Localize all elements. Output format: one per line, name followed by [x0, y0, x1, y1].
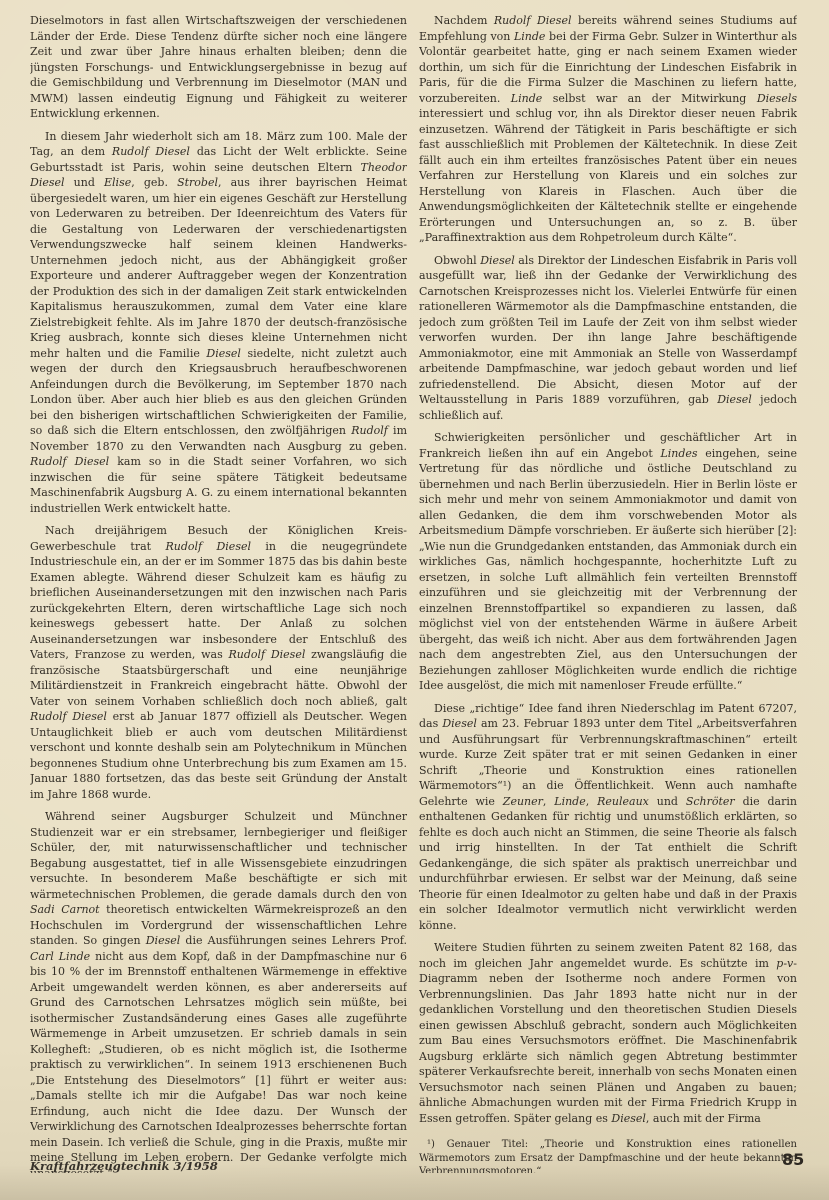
- text-run: und: [649, 795, 686, 808]
- italic-text: Diesel: [146, 934, 181, 947]
- italic-text: Sadi Carnot: [30, 903, 100, 916]
- italic-text: Diesel: [206, 347, 241, 360]
- paragraph: Während seiner Augsburger Schulzeit und …: [30, 809, 407, 1173]
- text-run: die darin enthaltenen Gedanken für richt…: [419, 795, 797, 932]
- paragraph: Obwohl Diesel als Direktor der Lindesche…: [419, 253, 797, 424]
- italic-text: Rudolf: [351, 424, 388, 437]
- text-run: und: [65, 176, 104, 189]
- italic-text: Reuleaux: [597, 795, 649, 808]
- text-run: eingehen, seine Vertretung für das nördl…: [419, 447, 797, 693]
- italic-text: Schröter: [686, 795, 735, 808]
- paragraph: Dieselmotors in fast allen Wirtschaftszw…: [30, 13, 407, 122]
- paragraph: Nachdem Rudolf Diesel bereits während se…: [419, 13, 797, 246]
- italic-text: Diesel: [611, 1112, 646, 1125]
- italic-text: Lindes: [660, 447, 697, 460]
- right-column: Nachdem Rudolf Diesel bereits während se…: [419, 13, 797, 1173]
- paragraph: Diese „richtige“ Idee fand ihren Nieders…: [419, 701, 797, 934]
- text-run: , auch mit der Firma: [646, 1112, 761, 1125]
- italic-text: Rudolf Diesel: [30, 455, 109, 468]
- text-run: ¹) Genauer Titel: „Theorie und Konstrukt…: [419, 1139, 797, 1173]
- paragraph: Nach dreijährigem Besuch der Königlichen…: [30, 523, 407, 802]
- paragraph: In diesem Jahr wiederholt sich am 18. Mä…: [30, 129, 407, 517]
- italic-text: Linde: [514, 30, 545, 43]
- footnote: ¹) Genauer Titel: „Theorie und Konstrukt…: [419, 1138, 797, 1173]
- text-run: die Ausführungen seines Lehrers Prof.: [180, 934, 407, 947]
- italic-text: Linde: [554, 795, 585, 808]
- text-run: selbst war an der Mitwirkung: [542, 92, 757, 105]
- left-column: Dieselmotors in fast allen Wirtschaftszw…: [30, 13, 407, 1173]
- italic-text: Diesels: [757, 92, 797, 105]
- paragraph: Weitere Studien führten zu seinem zweite…: [419, 940, 797, 1126]
- italic-text: Linde: [511, 92, 542, 105]
- text-run: Nachdem: [434, 14, 494, 27]
- text-run: ,: [586, 795, 597, 808]
- text-run: interessiert und schlug vor, ihn als Dir…: [419, 107, 797, 244]
- italic-text: Zeuner: [503, 795, 543, 808]
- text-run: , aus ihrer bayrischen Heimat übergesied…: [30, 176, 407, 360]
- italic-text: Diesel: [717, 393, 752, 406]
- italic-text: Diesel: [442, 717, 477, 730]
- text-run: Dieselmotors in fast allen Wirtschaftszw…: [30, 14, 407, 120]
- italic-text: Rudolf Diesel: [30, 710, 107, 723]
- text-run: -Diagramm neben der Isotherme noch ander…: [419, 957, 797, 1125]
- page-number: 85: [782, 1150, 804, 1169]
- text-run: , geb.: [131, 176, 177, 189]
- paragraph: Schwierigkeiten persönlicher und geschäf…: [419, 430, 797, 694]
- journal-footer: Kraftfahrzeugtechnik 3/1958: [30, 1159, 218, 1173]
- italic-text: Rudolf Diesel: [165, 540, 251, 553]
- page: Dieselmotors in fast allen Wirtschaftszw…: [0, 0, 829, 1200]
- italic-text: Strobel: [177, 176, 218, 189]
- text-run: Während seiner Augsburger Schulzeit und …: [30, 810, 407, 901]
- italic-text: Rudolf Diesel: [112, 145, 190, 158]
- text-run: Obwohl: [434, 254, 480, 267]
- text-run: ,: [543, 795, 554, 808]
- text-run: als Direktor der Lindeschen Eisfabrik in…: [419, 254, 797, 407]
- italic-text: Diesel: [480, 254, 515, 267]
- italic-text: p-v: [776, 957, 793, 970]
- text-run: Weitere Studien führten zu seinem zweite…: [419, 941, 797, 970]
- text-run: in die neugegründete Industrieschule ein…: [30, 540, 407, 662]
- text-run: erst ab Januar 1877 offiziell als Deutsc…: [30, 710, 407, 801]
- italic-text: Carl Linde: [30, 950, 90, 963]
- italic-text: Elise: [104, 176, 131, 189]
- text-run: nicht aus dem Kopf, daß in der Dampfmasc…: [30, 950, 407, 1174]
- italic-text: Rudolf Diesel: [494, 14, 572, 27]
- italic-text: Rudolf Diesel: [228, 648, 305, 661]
